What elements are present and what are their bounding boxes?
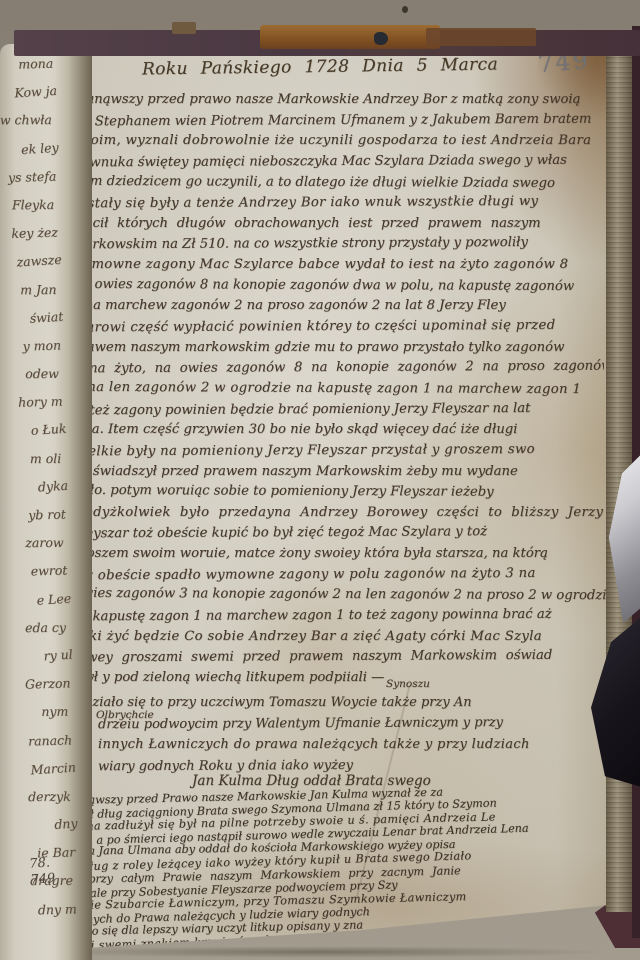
manuscript-fragment: zarow (1, 529, 92, 558)
body-paragraph: Stanąwszy przed prawo nasze Markowskie A… (72, 90, 604, 689)
cover-dark-spot (374, 32, 388, 45)
manuscript-fragment: Gerzon (5, 669, 92, 700)
manuscript-line: Działo się to przy uczciwym Tomaszu Woyc… (82, 692, 578, 713)
manuscript-fragment: yb rot (0, 500, 92, 531)
manuscript-line: zostały się były a tenże Andrzey Bor iak… (72, 192, 604, 215)
manuscript-line: na owies zagonów 8 na konopie zagonów dw… (74, 275, 606, 298)
manuscript-line: to wnuka świętey pamięci nieboszczyka Ma… (72, 151, 604, 174)
manuscript-line: Stanąwszy przed prawo nasze Markowskie A… (72, 90, 604, 111)
manuscript-fragment: o Łuk (0, 414, 91, 448)
manuscript-line: nym dziedzicem go uczynili, a to dlatego… (74, 171, 606, 194)
manuscript-fragment: świat (0, 301, 88, 335)
manuscript-fragment: Kow ja (0, 75, 82, 109)
manuscript-line: Fleyszar toż obeście kupić bo był zięć t… (72, 522, 604, 545)
cover-tab (172, 22, 196, 34)
manuscript-line: rowey groszami swemi przed prawem naszym… (72, 646, 604, 669)
manuscript-fragment: dny m (11, 894, 92, 925)
manuscript-line: prawem naszym markowskim gdzie mu to pra… (72, 338, 604, 359)
manuscript-line: kiedyżkolwiek było przedayna Andrzey Bor… (72, 503, 604, 524)
manuscript-fragment: y mon (0, 331, 88, 362)
manuscript-line: płacił których długów obrachowanych iest… (72, 214, 604, 235)
manuscript-line: swoim, wyznali dobrowolnie iże uczynili … (72, 131, 604, 152)
manuscript-line: wymowne zagony Mac Szylarce babce wydał … (72, 255, 604, 276)
manuscript-fragment: hory m (0, 387, 90, 418)
manuscript-fragment: e Lee (2, 583, 92, 617)
manuscript-line: dwa. Item część grzywien 30 bo nie było … (72, 420, 604, 441)
manuscript-fragment: zawsze (0, 245, 86, 279)
manuscript-fragment: odew (0, 360, 89, 389)
manuscript-line: owies zagonów 3 na konopie zagonów 2 na … (74, 584, 606, 607)
margin-note: 749 (30, 871, 56, 889)
book-cover-top-edge (14, 30, 640, 56)
manuscript-line: im świadszył przed prawem naszym Markows… (72, 462, 604, 483)
manuscript-fragment: ewrot (2, 556, 92, 587)
manuscript-fragment: dyka (0, 470, 92, 504)
interline-note: Synoszu (386, 678, 430, 690)
leather-patch-worn (426, 28, 536, 46)
closing-paragraph: Działo się to przy uczciwym Tomaszu Woyc… (98, 692, 578, 776)
manuscript-fragment: ranach (7, 725, 92, 756)
manuscript-fragment: ek ley (0, 132, 83, 166)
manuscript-line: czył y pod zieloną wiechą litkupem podpi… (72, 668, 604, 689)
leather-patch (260, 25, 440, 49)
manuscript-line: szarowi część wypłacić powinien którey t… (72, 316, 604, 339)
margin-note: 78. (29, 855, 55, 873)
manuscript-line: innych Ławniczych do prawa należących ta… (98, 734, 578, 755)
manuscript-fragment: ys stefa (0, 162, 84, 193)
manuscript-photo: { "page": { "folio_number": "749", "head… (0, 0, 640, 960)
manuscript-line: 2 na len zagonów 2 w ogrodzie na kapustę… (74, 378, 606, 401)
manuscript-fragment: ry ul (4, 639, 92, 673)
manuscript-line: było. potym woruiąc sobie to pomieniony … (74, 481, 606, 504)
manuscript-line: drzeiu podwoycim przy Walentym Ufmanie Ł… (98, 712, 578, 736)
page-shadow (30, 946, 610, 958)
manuscript-line: 8 na żyto, na owies zagonów 8 na konopie… (72, 357, 604, 380)
manuscript-line: to też zagony powinien będzie brać pomie… (72, 398, 604, 421)
manuscript-page: 749 Roku Pańskiego 1728 Dnia 5 Marca Sta… (52, 42, 612, 952)
manuscript-line: 2 na marchew zagonów 2 na proso zagonów … (72, 296, 604, 317)
bottom-paragraph: Stanąwszy przed Prawo nasze Markowskie J… (62, 782, 613, 952)
manuscript-line: markowskim na Zł 510. na co wszystkie st… (72, 233, 604, 256)
manuscript-line: na kapustę zagon 1 na marchew zagon 1 to… (72, 605, 604, 628)
manuscript-fragment: dny (9, 808, 92, 842)
manuscript-fragment: w chwła (0, 106, 82, 135)
manuscript-fragment: nym (6, 698, 92, 727)
manuscript-fragment: key żez (0, 218, 85, 249)
manuscript-fragment: derzyk (9, 782, 92, 811)
previous-page-text-fragments: monaKow jaw chwłaek leyys stefaFleykakey… (0, 49, 92, 925)
previous-page-edge: monaKow jaw chwłaek leyys stefaFleykakey… (0, 44, 92, 960)
margin-notes: 78.749 (29, 855, 56, 889)
manuscript-fragment: eda cy (4, 613, 92, 642)
manuscript-line: wielkie były na pomieniony Jerzy Fleysza… (72, 439, 604, 462)
manuscript-fragment: m oli (0, 444, 91, 473)
manuscript-fragment: Fleyka (0, 191, 84, 220)
manuscript-fragment: m Jan (0, 275, 87, 304)
heading-date-line: Roku Pańskiego 1728 Dnia 5 Marca (142, 55, 498, 80)
manuscript-line: póki żyć będzie Co sobie Andrzey Bar a z… (72, 627, 604, 648)
table-speck (402, 6, 408, 13)
manuscript-line: y z Stephanem wien Piotrem Marcinem Ufma… (72, 109, 604, 132)
manuscript-fragment: Marcin (7, 752, 92, 786)
manuscript-line: groszem swoim woruie, matce żony swoiey … (72, 544, 604, 565)
